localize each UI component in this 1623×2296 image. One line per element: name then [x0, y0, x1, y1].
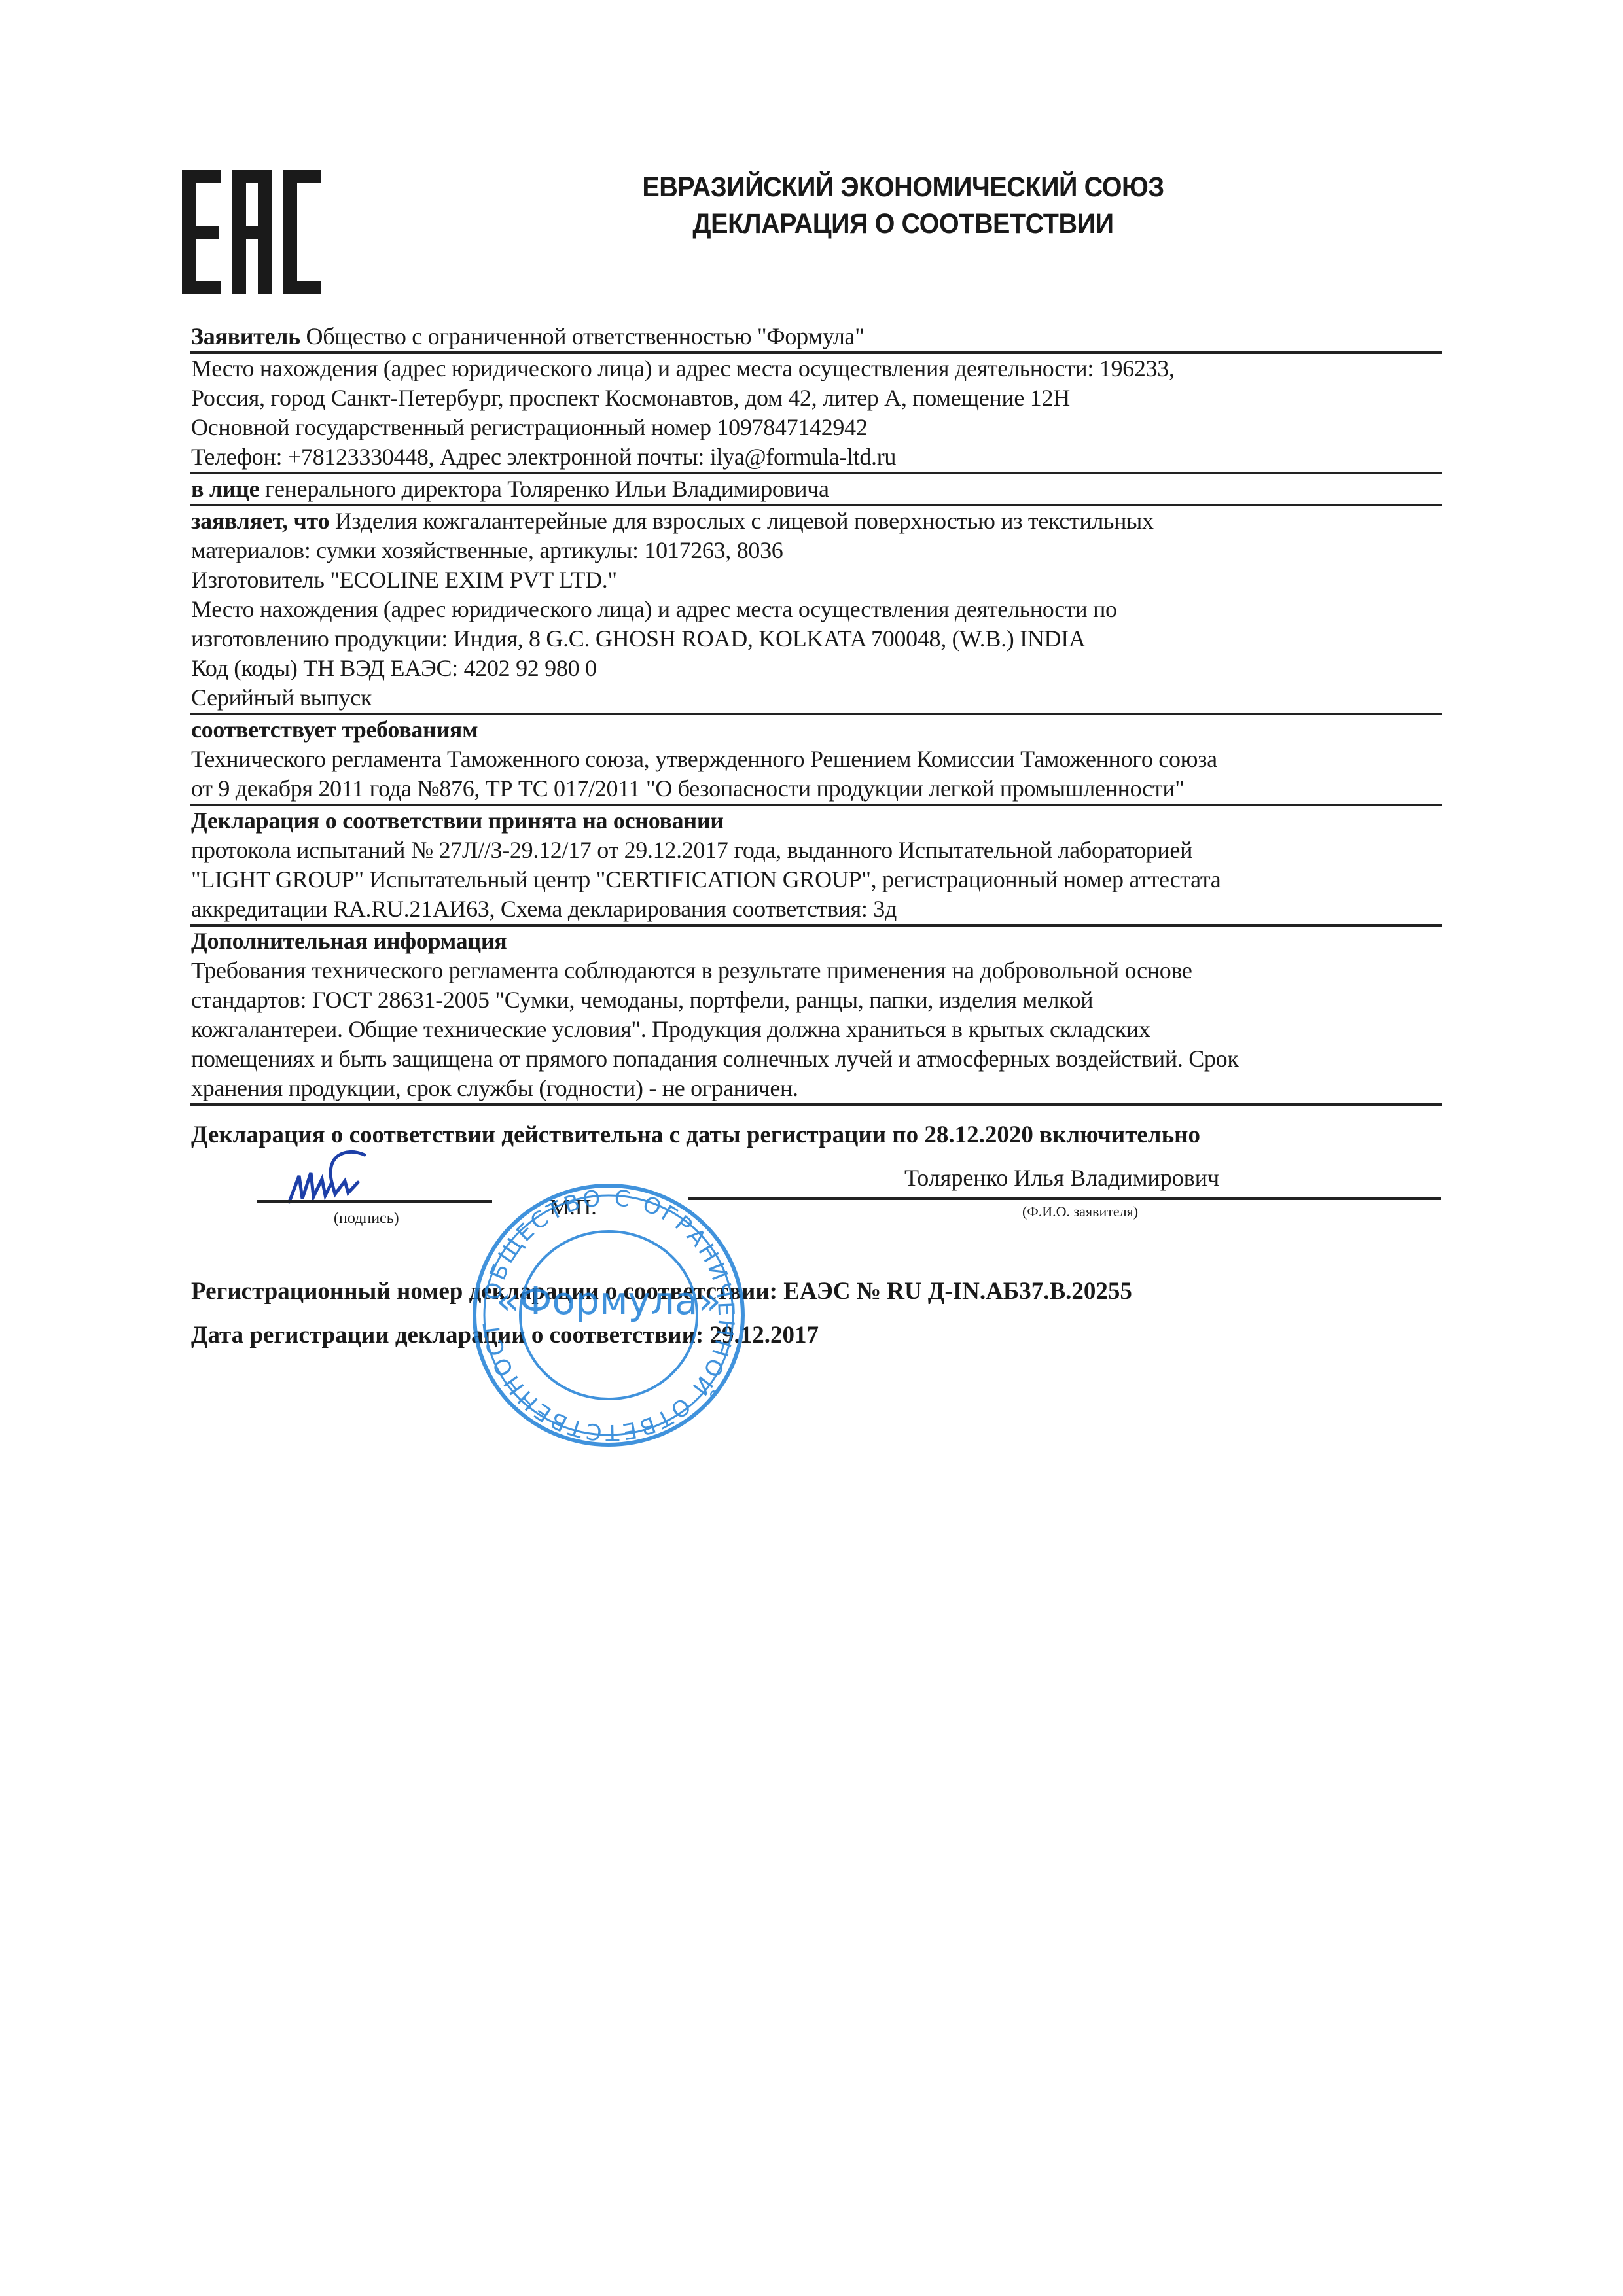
basis-label: Декларация о соответствии принята на осн… [191, 807, 724, 834]
full-name-caption: (Ф.И.О. заявителя) [1022, 1203, 1138, 1220]
conforms-section: соответствует требованиям Технического р… [191, 715, 1441, 806]
tn-ved-code: Код (коды) ТН ВЭД ЕАЭС: 4202 92 980 0 [191, 654, 1441, 683]
additional-line-4: помещениях и быть защищена от прямого по… [191, 1044, 1441, 1074]
validity-statement: Декларация о соответствии действительна … [191, 1120, 1441, 1150]
applicant-section: Заявитель Общество с ограниченной ответс… [191, 322, 1441, 474]
declaration-body: Заявитель Общество с ограниченной ответс… [191, 322, 1441, 1350]
representative-label: в лице [191, 476, 259, 502]
eac-logo [182, 170, 321, 294]
conforms-label: соответствует требованиям [191, 716, 478, 743]
product-line-2: материалов: сумки хозяйственные, артикул… [191, 536, 1441, 565]
header-declaration-title: ДЕКЛАРАЦИЯ О СООТВЕТСТВИИ [602, 205, 1204, 242]
representative-section: в лице генерального директора Толяренко … [191, 474, 1441, 506]
regulation-line-2: от 9 декабря 2011 года №876, ТР ТС 017/2… [191, 774, 1441, 804]
manufacturer-address-2: изготовлению продукции: Индия, 8 G.C. GH… [191, 624, 1441, 654]
basis-line-2: "LIGHT GROUP" Испытательный центр "CERTI… [191, 865, 1441, 894]
signature-caption: (подпись) [334, 1210, 399, 1227]
applicant-address-2: Россия, город Санкт-Петербург, проспект … [191, 383, 1441, 413]
production-type: Серийный выпуск [191, 683, 1441, 713]
signature-block: (подпись) М.П. Толяренко Илья Владимиров… [191, 1156, 1441, 1241]
additional-line-1: Требования технического регламента соблю… [191, 956, 1441, 985]
header-union-title: ЕВРАЗИЙСКИЙ ЭКОНОМИЧЕСКИЙ СОЮЗ [602, 169, 1204, 205]
product-line-1: Изделия кожгалантерейные для взрослых с … [329, 508, 1154, 534]
declares-label: заявляет, что [191, 508, 329, 534]
manufacturer-address-1: Место нахождения (адрес юридического лиц… [191, 595, 1441, 624]
name-line [688, 1197, 1441, 1200]
basis-section: Декларация о соответствии принята на осн… [191, 806, 1441, 927]
stamp-place-label: М.П. [550, 1195, 597, 1220]
applicant-address-1: Место нахождения (адрес юридического лиц… [191, 354, 1441, 383]
representative-text: генерального директора Толяренко Ильи Вл… [259, 476, 829, 502]
additional-info-section: Дополнительная информация Требования тех… [191, 927, 1441, 1106]
signature-line [257, 1200, 492, 1203]
basis-line-1: протокола испытаний № 27Л//З-29.12/17 от… [191, 836, 1441, 865]
regulation-line-1: Технического регламента Таможенного союз… [191, 745, 1441, 774]
applicant-contacts: Телефон: +78123330448, Адрес электронной… [191, 442, 1441, 472]
registration-number: Регистрационный номер декларации о соотв… [191, 1277, 1441, 1306]
applicant-name: Общество с ограниченной ответственностью… [300, 323, 865, 349]
additional-line-5: хранения продукции, срок службы (годност… [191, 1074, 1441, 1103]
divider [190, 1103, 1442, 1106]
manufacturer: Изготовитель "ECOLINE EXIM PVT LTD." [191, 565, 1441, 595]
applicant-label: Заявитель [191, 323, 300, 349]
applicant-ogrn: Основной государственный регистрационный… [191, 413, 1441, 442]
additional-label: Дополнительная информация [191, 928, 507, 954]
applicant-full-name: Толяренко Илья Владимирович [904, 1164, 1219, 1192]
registration-date: Дата регистрации декларации о соответств… [191, 1320, 1441, 1350]
additional-line-2: стандартов: ГОСТ 28631-2005 "Сумки, чемо… [191, 985, 1441, 1015]
additional-line-3: кожгалантереи. Общие технические условия… [191, 1015, 1441, 1044]
basis-line-3: аккредитации RA.RU.21АИ63, Схема деклари… [191, 894, 1441, 924]
declares-section: заявляет, что Изделия кожгалантерейные д… [191, 506, 1441, 715]
document-header: ЕВРАЗИЙСКИЙ ЭКОНОМИЧЕСКИЙ СОЮЗ ДЕКЛАРАЦИ… [602, 169, 1204, 242]
